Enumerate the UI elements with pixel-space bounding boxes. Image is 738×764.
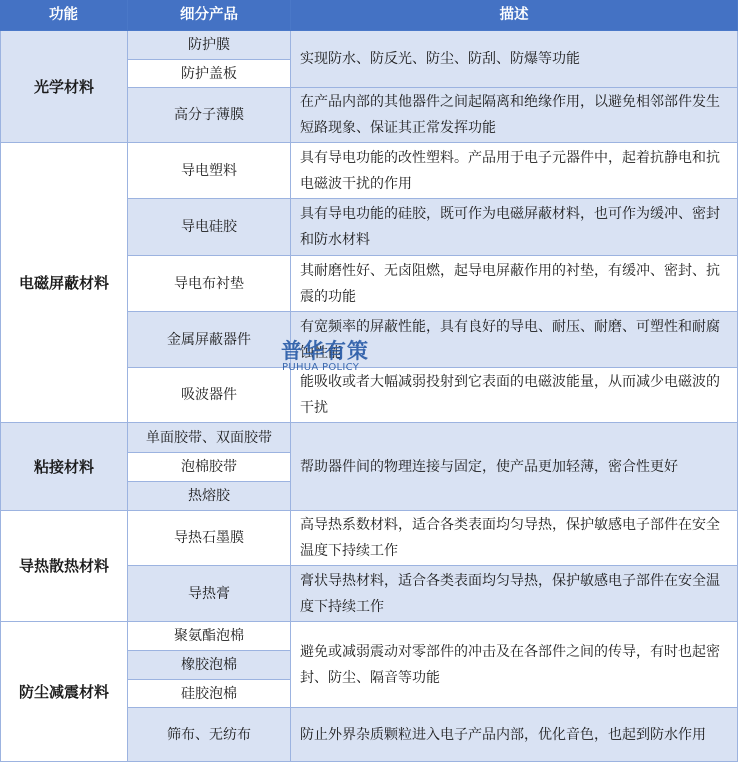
description-cell: 能吸收或者大幅减弱投射到它表面的电磁波能量，从而减少电磁波的干扰 [291,368,738,423]
product-cell: 导热膏 [128,566,291,622]
product-table: 功能 细分产品 描述 光学材料 防护膜 防护盖板 实现防水、防反光、防尘、防刮、… [0,0,738,764]
header-product: 细分产品 [128,0,291,31]
product-cell: 硅胶泡棉 [128,680,291,708]
description-cell: 在产品内部的其他器件之间起隔离和绝缘作用，以避免相邻部件发生短路现象、保证其正常… [291,88,738,143]
description-cell: 实现防水、防反光、防尘、防刮、防爆等功能 [291,31,738,88]
description-cell: 帮助器件间的物理连接与固定，使产品更加轻薄，密合性更好 [291,423,738,511]
description-cell: 防止外界杂质颗粒进入电子产品内部，优化音色，也起到防水作用 [291,708,738,762]
function-cell-thermal: 导热散热材料 [0,511,128,622]
product-cell: 聚氨酯泡棉 [128,622,291,651]
function-cell-optical: 光学材料 [0,31,128,143]
function-cell-adhesive: 粘接材料 [0,423,128,511]
product-cell: 导热石墨膜 [128,511,291,566]
product-cell: 金属屏蔽器件 [128,312,291,368]
description-cell: 避免或减弱震动对零部件的冲击及在各部件之间的传导，有时也起密封、防尘、隔音等功能 [291,622,738,708]
function-cell-dustproof: 防尘减震材料 [0,622,128,762]
product-cell: 导电布衬垫 [128,256,291,312]
product-cell: 单面胶带、双面胶带 [128,423,291,453]
product-cell: 热熔胶 [128,482,291,511]
product-cell: 泡棉胶带 [128,453,291,482]
product-cell: 防护膜 [128,31,291,60]
product-cell: 吸波器件 [128,368,291,423]
description-cell: 具有导电功能的硅胶，既可作为电磁屏蔽材料，也可作为缓冲、密封和防水材料 [291,199,738,256]
description-cell: 膏状导热材料，适合各类表面均匀导热，保护敏感电子部件在安全温度下持续工作 [291,566,738,622]
product-cell: 防护盖板 [128,60,291,88]
description-cell: 具有导电功能的改性塑料。产品用于电子元器件中，起着抗静电和抗电磁波干扰的作用 [291,143,738,199]
function-cell-emi: 电磁屏蔽材料 [0,143,128,423]
product-cell: 导电塑料 [128,143,291,199]
product-cell: 筛布、无纺布 [128,708,291,762]
description-cell: 其耐磨性好、无卤阻燃，起导电屏蔽作用的衬垫，有缓冲、密封、抗震的功能 [291,256,738,312]
product-cell: 高分子薄膜 [128,88,291,143]
product-cell: 橡胶泡棉 [128,651,291,680]
header-description: 描述 [291,0,738,31]
description-cell: 高导热系数材料，适合各类表面均匀导热，保护敏感电子部件在安全温度下持续工作 [291,511,738,566]
header-function: 功能 [0,0,128,31]
product-cell: 导电硅胶 [128,199,291,256]
description-cell: 有宽频率的屏蔽性能，具有良好的导电、耐压、耐磨、可塑性和耐腐蚀性能 [291,312,738,368]
